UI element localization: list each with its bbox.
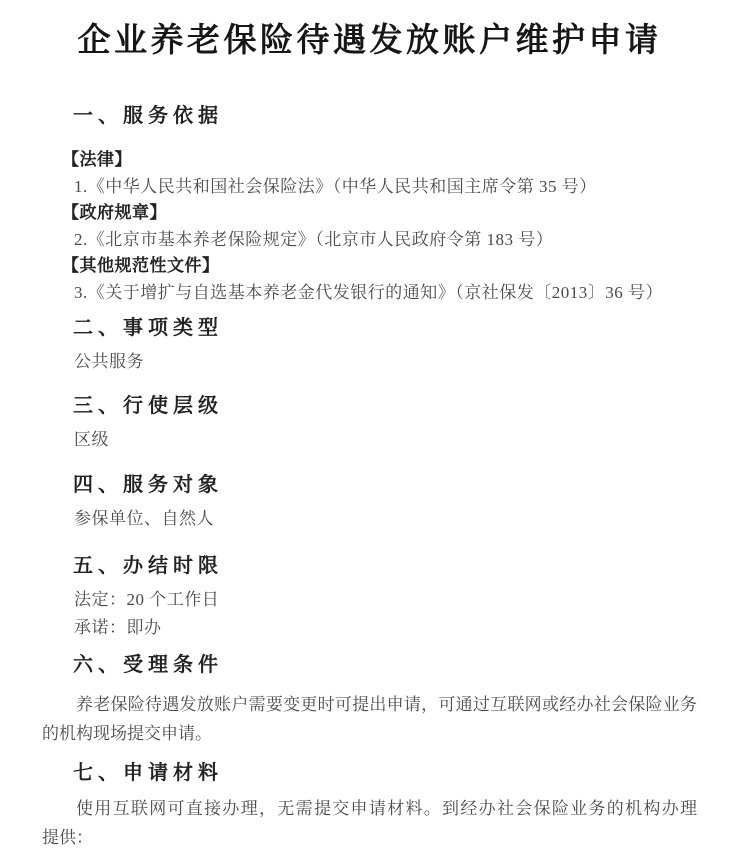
section-heading-3: 三、行使层级 [73,392,697,420]
section-body-text: 参保单位、自然人 [74,506,697,532]
section-paragraph: 养老保险待遇发放账户需要变更时可提出申请，可通过互联网或经办社会保险业务 的机构… [42,690,697,748]
section-item-type: 二、事项类型 公共服务 [42,314,697,375]
section-body-text: 公共服务 [74,349,697,375]
legal-basis-item: 1.《中华人民共和国社会保险法》（中华人民共和国主席令第 35 号） [74,174,697,201]
document-page: 企业养老保险待遇发放账户维护申请 一、服务依据 【法律】 1.《中华人民共和国社… [0,0,744,850]
legal-basis-item: 2.《北京市基本养老保险规定》（北京市人民政府令第 183 号） [74,227,697,254]
section-completion-time: 五、办结时限 法定：20 个工作日 承诺：即办 [42,552,697,642]
paragraph-line: 养老保险待遇发放账户需要变更时可提出申请，可通过互联网或经办社会保险业务 [42,690,697,719]
section-exercise-level: 三、行使层级 区级 [42,392,697,453]
time-limit-lines: 法定：20 个工作日 承诺：即办 [42,586,697,642]
section-heading-6: 六、受理条件 [73,651,697,679]
section-heading-2: 二、事项类型 [73,314,697,342]
paragraph-line: 提供： [42,823,697,850]
section-acceptance-conditions: 六、受理条件 养老保险待遇发放账户需要变更时可提出申请，可通过互联网或经办社会保… [42,651,697,748]
legal-category-label: 【法律】 [62,147,697,174]
section-service-target: 四、服务对象 参保单位、自然人 [42,471,697,532]
section-service-basis: 一、服务依据 【法律】 1.《中华人民共和国社会保险法》（中华人民共和国主席令第… [42,102,697,306]
legal-basis-item: 3.《关于增扩与自选基本养老金代发银行的通知》（京社保发〔2013〕36 号） [74,280,697,307]
promised-time-line: 承诺：即办 [74,614,697,642]
legal-category-label: 【政府规章】 [62,200,697,227]
statutory-time-line: 法定：20 个工作日 [74,586,697,614]
section-heading-5: 五、办结时限 [73,552,697,580]
legal-basis-list: 【法律】 1.《中华人民共和国社会保险法》（中华人民共和国主席令第 35 号） … [42,147,697,306]
section-heading-1: 一、服务依据 [73,102,697,130]
section-paragraph: 使用互联网可直接办理，无需提交申请材料。到经办社会保险业务的机构办理 提供： [42,794,697,850]
section-body-text: 区级 [74,427,697,453]
paragraph-line: 的机构现场提交申请。 [42,719,697,748]
section-heading-4: 四、服务对象 [73,471,697,499]
paragraph-line: 使用互联网可直接办理，无需提交申请材料。到经办社会保险业务的机构办理 [42,794,697,823]
section-application-materials: 七、申请材料 使用互联网可直接办理，无需提交申请材料。到经办社会保险业务的机构办… [42,759,697,850]
document-title: 企业养老保险待遇发放账户维护申请 [42,18,697,64]
legal-category-label: 【其他规范性文件】 [62,253,697,280]
section-heading-7: 七、申请材料 [73,759,697,787]
